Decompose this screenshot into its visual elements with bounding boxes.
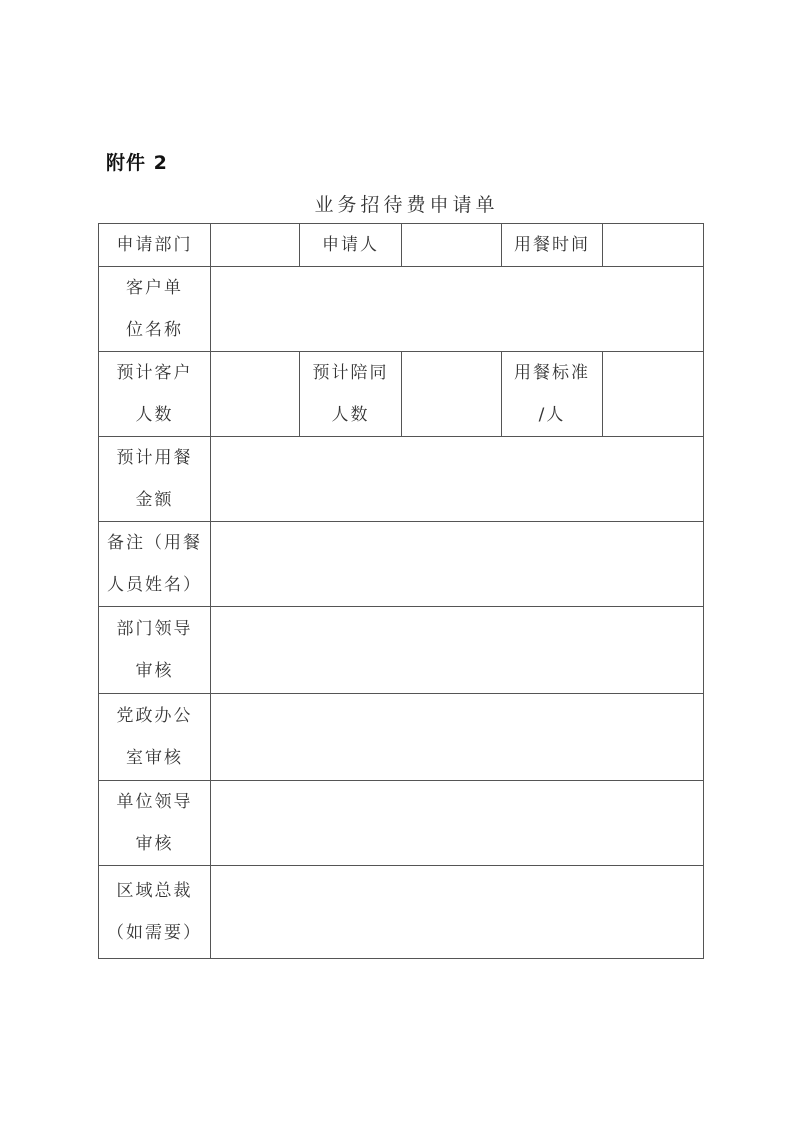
regional-president-field[interactable] [211,866,704,959]
unit-leader-review-field[interactable] [211,781,704,866]
label-line: 人员姓名） [99,564,210,606]
row-regional-president: 区域总裁 （如需要） [99,866,704,959]
label-line: 室审核 [99,737,210,779]
attachment-label: 附件 2 [106,148,168,175]
label-expected-guests: 预计客户 人数 [99,352,211,437]
label-line: 区域总裁 [99,870,210,912]
label-line: 客户单 [99,267,210,309]
row-remarks: 备注（用餐 人员姓名） [99,522,704,607]
expected-guests-field[interactable] [211,352,300,437]
label-line: 金额 [99,479,210,521]
label-regional-president: 区域总裁 （如需要） [99,866,211,959]
label-line: 用餐标准 [502,352,602,394]
dept-leader-review-field[interactable] [211,607,704,694]
label-dept-leader-review: 部门领导 审核 [99,607,211,694]
meal-standard-field[interactable] [603,352,704,437]
label-applicant: 申请人 [300,224,402,267]
label-line: （如需要） [99,912,210,954]
label-line: 预计陪同 [300,352,401,394]
row-basic-info: 申请部门 申请人 用餐时间 [99,224,704,267]
label-line: 人数 [300,394,401,436]
label-line: 党政办公 [99,695,210,737]
label-line: 单位领导 [99,781,210,823]
row-headcounts: 预计客户 人数 预计陪同 人数 用餐标准 /人 [99,352,704,437]
department-field[interactable] [211,224,300,267]
label-office-review: 党政办公 室审核 [99,694,211,781]
label-remarks: 备注（用餐 人员姓名） [99,522,211,607]
client-unit-field[interactable] [211,267,704,352]
label-expected-escorts: 预计陪同 人数 [300,352,402,437]
label-line: 审核 [99,823,210,865]
label-line: 位名称 [99,309,210,351]
label-line: 预计客户 [99,352,210,394]
label-meal-standard: 用餐标准 /人 [502,352,603,437]
label-client-unit: 客户单 位名称 [99,267,211,352]
row-dept-leader-review: 部门领导 审核 [99,607,704,694]
row-unit-leader-review: 单位领导 审核 [99,781,704,866]
row-expected-amount: 预计用餐 金额 [99,437,704,522]
applicant-field[interactable] [402,224,502,267]
label-meal-time: 用餐时间 [502,224,603,267]
label-line: 人数 [99,394,210,436]
office-review-field[interactable] [211,694,704,781]
label-unit-leader-review: 单位领导 审核 [99,781,211,866]
meal-time-field[interactable] [603,224,704,267]
row-client-unit: 客户单 位名称 [99,267,704,352]
form-title: 业务招待费申请单 [0,190,793,217]
expected-amount-field[interactable] [211,437,704,522]
application-form-table: 申请部门 申请人 用餐时间 客户单 位名称 预计客户 人数 预计陪同 人数 用餐… [98,223,704,959]
label-line: 预计用餐 [99,437,210,479]
remarks-field[interactable] [211,522,704,607]
label-department: 申请部门 [99,224,211,267]
label-expected-amount: 预计用餐 金额 [99,437,211,522]
label-line: 部门领导 [99,608,210,650]
label-line: 审核 [99,650,210,692]
row-office-review: 党政办公 室审核 [99,694,704,781]
label-line: 备注（用餐 [99,522,210,564]
expected-escorts-field[interactable] [402,352,502,437]
label-line: /人 [502,394,602,436]
